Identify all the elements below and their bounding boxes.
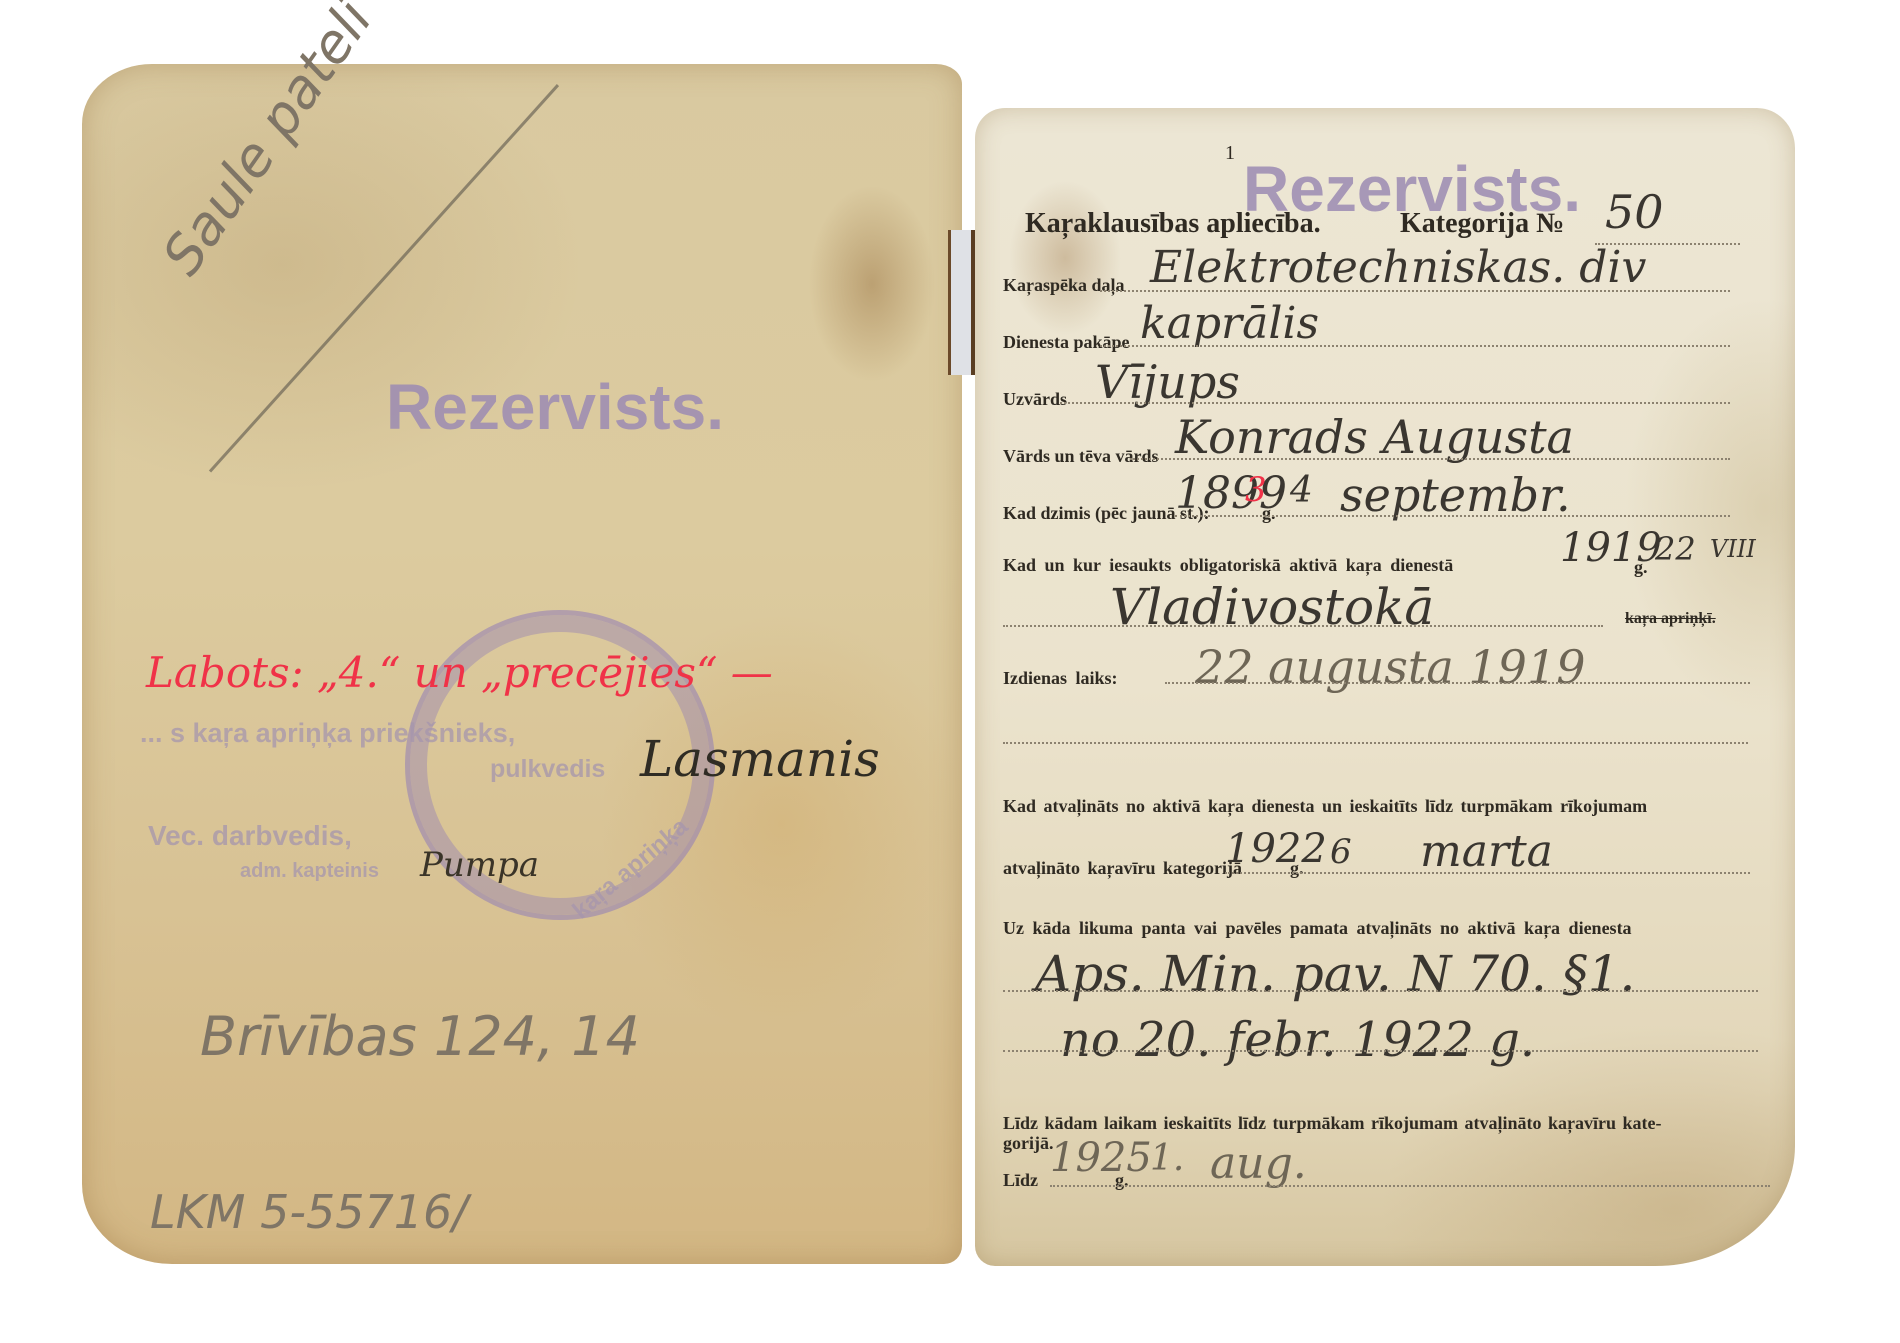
birth-month: septembr. <box>1340 468 1571 522</box>
discharged-g: g. <box>1290 858 1304 879</box>
until-label-line1: Līdz kādam laikam ieskaitīts līdz turpmā… <box>1003 1113 1662 1134</box>
commander-signature: Lasmanis <box>640 730 880 788</box>
conscripted-g: g. <box>1634 557 1648 578</box>
issued-label: Izdienas laiks: <box>1003 668 1118 689</box>
stamp-clerk-line2: adm. kapteinis <box>240 860 379 883</box>
header-label: Kaŗaklausības apliecība. <box>1025 208 1321 240</box>
stamp-commander-line: ... s kaŗa apriņķa priekšnieks, <box>140 718 515 749</box>
field-value-unit: Elektrotechniskas. div <box>1150 242 1646 293</box>
discharged-dotted-line <box>1225 872 1750 874</box>
issued-dotted-line <box>1165 682 1750 684</box>
basis-value-line1: Aps. Min. pav. N 70. §1. <box>1035 945 1635 1003</box>
clerk-signature: Pumpa <box>420 845 539 885</box>
field-value-name: Konrads Augusta <box>1175 410 1574 464</box>
name-dotted-line <box>1130 458 1730 460</box>
until-prefix: Līdz <box>1003 1170 1038 1191</box>
museum-inventory-number: LKM 5-55716/ <box>150 1185 468 1239</box>
basis-label: Uz kāda likuma panta vai pavēles pamata … <box>1003 918 1632 939</box>
until-dotted-line <box>1050 1185 1770 1187</box>
discharged-label-line1: Kad atvaļināts no aktivā kaŗa dienesta u… <box>1003 796 1647 817</box>
issued-dotted-line-2 <box>1003 742 1748 744</box>
stamp-clerk-line1: Vec. darbvedis, <box>148 820 352 852</box>
field-label-surname: Uzvārds <box>1003 389 1067 410</box>
place-dotted-line <box>1003 625 1603 627</box>
field-label-unit: Kaŗaspēka daļa <box>1003 275 1125 296</box>
field-label-rank: Dienesta pakāpe <box>1003 332 1130 353</box>
discharged-day: 6 <box>1330 832 1352 872</box>
until-year: 1925 <box>1050 1135 1152 1181</box>
until-label-line2: gorijā. <box>1003 1133 1053 1154</box>
field-value-surname: Vījups <box>1095 355 1240 409</box>
until-g: g. <box>1115 1170 1129 1191</box>
unit-dotted-line <box>1100 290 1730 292</box>
birth-dotted-line <box>1175 515 1730 517</box>
until-month: aug. <box>1210 1138 1307 1189</box>
basis-dotted-line-1 <box>1003 990 1758 992</box>
surname-dotted-line <box>1060 402 1730 404</box>
field-value-rank: kaprālis <box>1140 298 1319 349</box>
birth-day-corrected: 3 <box>1245 470 1267 510</box>
issued-value: 22 augusta 1919 <box>1195 640 1585 694</box>
rank-dotted-line <box>1100 345 1730 347</box>
red-correction-note: Labots: „4.“ un „precējies“ — <box>146 648 773 697</box>
conscripted-label: Kad un kur iesaukts obligatoriskā aktivā… <box>1003 555 1453 576</box>
conscripted-place: Vladivostokā <box>1110 578 1434 636</box>
discharged-year: 1922 <box>1225 826 1327 872</box>
stamp-rank-line: pulkvedis <box>490 755 605 784</box>
discharged-label-line2: atvaļināto kaŗavīru kategorijā <box>1003 858 1242 879</box>
basis-dotted-line-2 <box>1003 1050 1758 1052</box>
conscripted-place-struck-suffix: kaŗa apriņķī. <box>1625 610 1716 628</box>
until-day: 1. <box>1150 1138 1184 1179</box>
conscripted-month: VIII <box>1710 535 1756 563</box>
category-value: 50 <box>1605 185 1664 239</box>
birth-day: 4 <box>1290 470 1313 511</box>
page-number: 1 <box>1225 142 1235 165</box>
category-label: Kategorija № <box>1400 208 1564 240</box>
left-stamp-rezervists: Rezervists. <box>386 370 724 444</box>
discharged-month: marta <box>1420 826 1553 877</box>
conscripted-day: 22 <box>1655 530 1696 568</box>
pencil-address: Brīvības 124, 14 <box>200 1005 640 1068</box>
basis-value-line2: no 20. febr. 1922 g. <box>1060 1012 1535 1068</box>
field-label-name: Vārds un tēva vārds <box>1003 446 1159 467</box>
booklet-binding-staple <box>948 230 975 375</box>
